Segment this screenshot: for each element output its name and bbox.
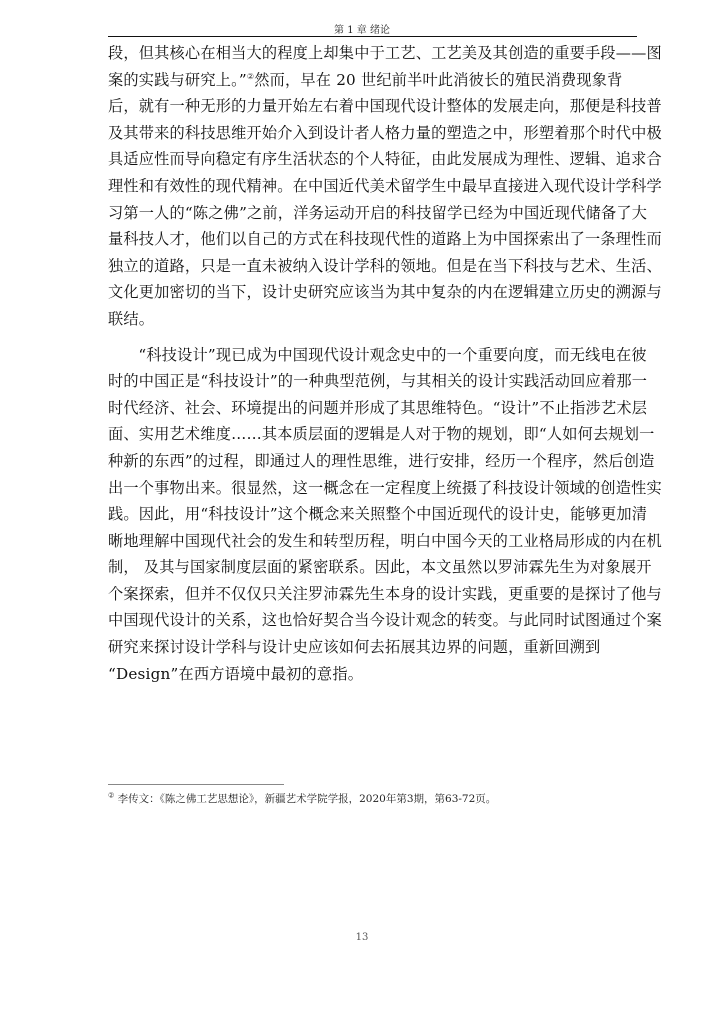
text-line: “科技设计”现已成为中国现代设计观念史中的一个重要向度，而无线电在彼: [108, 342, 640, 369]
text-line: “Design”在西方语境中最初的意指。: [108, 661, 640, 688]
text-line: 时代经济、社会、环境提出的问题并形成了其思维特色。“设计”不止指涉艺术层: [108, 395, 640, 422]
text-line: 种新的东西”的过程，即通过人的理性思维，进行安排，经历一个程序，然后创造: [108, 448, 640, 475]
text-line: 践。因此，用“科技设计”这个概念来关照整个中国近现代的设计史，能够更加清: [108, 501, 640, 528]
text-line: 文化更加密切的当下，设计史研究应该当为其中复杂的内在逻辑建立历史的溯源与: [108, 279, 640, 306]
footnote-text: 李传文：《陈之佛工艺思想论》，新疆艺术学院学报，2020年第3期，第63-72页…: [118, 793, 497, 805]
text-line: 个案探索，但并不仅仅只关注罗沛霖先生本身的设计实践，更重要的是探讨了他与: [108, 581, 640, 608]
text-line: 习第一人的“陈之佛”之前，洋务运动开启的科技留学已经为中国近现代储备了大: [108, 200, 640, 227]
text-line: 晰地理解中国现代社会的发生和转型历程，明白中国今天的工业格局形成的内在机: [108, 528, 640, 555]
page-number: 13: [0, 932, 724, 943]
text-line: 量科技人才，他们以自己的方式在科技现代性的道路上为中国探索出了一条理性而: [108, 226, 640, 253]
header-rule: [108, 36, 637, 37]
text-line: 具适应性而导向稳定有序生活状态的个人特征，由此发展成为理性、逻辑、追求合: [108, 146, 640, 173]
text-line: 制， 及其与国家制度层面的紧密联系。因此，本文虽然以罗沛霖先生为对象展开: [108, 554, 640, 581]
text-line: 中国现代设计的关系，这也恰好契合当今设计观念的转变。与此同时试图通过个案: [108, 607, 640, 634]
text-line: 及其带来的科技思维开始介入到设计者人格力量的塑造之中，形塑着那个时代中极: [108, 120, 640, 147]
text-segment: 案的实践与研究上。”: [108, 71, 247, 89]
footnote: ② 李传文：《陈之佛工艺思想论》，新疆艺术学院学报，2020年第3期，第63-7…: [108, 791, 496, 806]
text-line: 段，但其核心在相当大的程度上却集中于工艺、工艺美及其创造的重要手段——图: [108, 40, 640, 67]
body-text: 段，但其核心在相当大的程度上却集中于工艺、工艺美及其创造的重要手段——图 案的实…: [108, 40, 640, 687]
text-line: 后，就有一种无形的力量开始左右着中国现代设计整体的发展走向，那便是科技普: [108, 93, 640, 120]
text-line: 研究来探讨设计学科与设计史应该如何去拓展其边界的问题，重新回溯到: [108, 634, 640, 661]
text-line: 理性和有效性的现代精神。在中国近代美术留学生中最早直接进入现代设计学科学: [108, 173, 640, 200]
running-header-chapter-title: 第 1 章 绪论: [0, 21, 724, 36]
text-line: 案的实践与研究上。”②然而，早在 20 世纪前半叶此消彼长的殖民消费现象背: [108, 67, 640, 94]
text-segment: 然而，早在 20 世纪前半叶此消彼长的殖民消费现象背: [254, 71, 622, 89]
paragraph-2: “科技设计”现已成为中国现代设计观念史中的一个重要向度，而无线电在彼 时的中国正…: [108, 342, 640, 688]
text-line: 时的中国正是“科技设计”的一种典型范例，与其相关的设计实践活动回应着那一: [108, 368, 640, 395]
footnote-mark: ②: [108, 792, 114, 800]
text-line: 面、实用艺术维度……其本质层面的逻辑是人对于物的规划，即“人如何去规划一: [108, 421, 640, 448]
text-line: 联结。: [108, 306, 640, 333]
footnote-separator: [108, 784, 284, 785]
text-line: 独立的道路，只是一直未被纳入设计学科的领地。但是在当下科技与艺术、生活、: [108, 253, 640, 280]
text-line: 出一个事物出来。很显然，这一概念在一定程度上统摄了科技设计领域的创造性实: [108, 475, 640, 502]
paragraph-1: 段，但其核心在相当大的程度上却集中于工艺、工艺美及其创造的重要手段——图 案的实…: [108, 40, 640, 333]
